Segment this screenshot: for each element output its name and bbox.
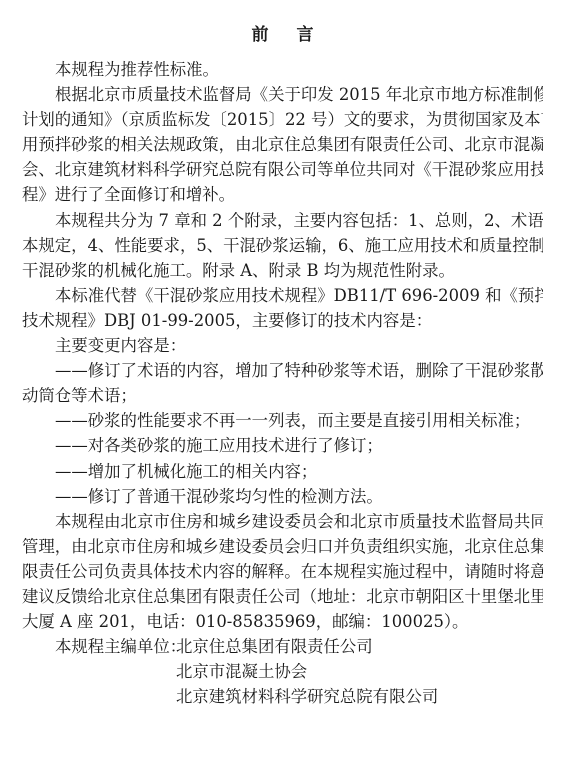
editor-unit: 北京市混凝土协会 (176, 659, 438, 684)
text-line: ——砂浆的性能要求不再一一列表，而主要是直接引用相关标准； (22, 408, 543, 433)
text-line: 大厦 A 座 201，电话：010-85835969，邮编：100025）。 (22, 609, 543, 634)
paragraph-recommended-standard: 本规程为推荐性标准。 (22, 57, 543, 82)
text-line: 主要变更内容是： (22, 333, 543, 358)
text-line: 本规程由北京市住房和城乡建设委员会和北京市质量技术监督局共同负责 (22, 509, 543, 534)
editor-unit: 北京住总集团有限责任公司 (176, 634, 438, 659)
text-line: 技术规程》DBJ 01-99-2005，主要修订的技术内容是： (22, 308, 543, 333)
text-line: ——修订了术语的内容，增加了特种砂浆等术语，删除了干混砂浆散装移 (22, 358, 543, 383)
title-char-2: 言 (297, 25, 314, 45)
document-body: 本规程为推荐性标准。 根据北京市质量技术监督局《关于印发 2015 年北京市地方… (22, 57, 543, 709)
change-item-performance: ——砂浆的性能要求不再一一列表，而主要是直接引用相关标准； (22, 408, 543, 433)
text-line: 建议反馈给北京住总集团有限责任公司（地址：北京市朝阳区十里堡北里恒泰 (22, 584, 543, 609)
text-line: 用预拌砂浆的相关法规政策，由北京住总集团有限责任公司、北京市混凝土协 (22, 132, 543, 157)
text-line: 本规程共分为 7 章和 2 个附录，主要内容包括：1、总则，2、术语，3、基 (22, 208, 543, 233)
title-char-1: 前 (252, 25, 269, 45)
chief-editors-list: 北京住总集团有限责任公司 北京市混凝土协会 北京建筑材料科学研究总院有限公司 (176, 634, 438, 709)
change-item-testing: ——修订了普通干混砂浆均匀性的检测方法。 (22, 484, 543, 509)
change-item-terms: ——修订了术语的内容，增加了特种砂浆等术语，删除了干混砂浆散装移 动筒仓等术语； (22, 358, 543, 408)
text-line: 计划的通知》（京质监标发〔2015〕22 号）文的要求，为贯彻国家及本市推广使 (22, 107, 543, 132)
text-line: ——对各类砂浆的施工应用技术进行了修订； (22, 433, 543, 458)
chief-editors: 本规程主编单位： 北京住总集团有限责任公司 北京市混凝土协会 北京建筑材料科学研… (22, 634, 543, 709)
paragraph-contents-overview: 本规程共分为 7 章和 2 个附录，主要内容包括：1、总则，2、术语，3、基 本… (22, 208, 543, 283)
paragraph-main-changes-heading: 主要变更内容是： (22, 333, 543, 358)
text-line: 程》进行了全面修订和增补。 (22, 182, 543, 207)
paragraph-replaces-standards: 本标准代替《干混砂浆应用技术规程》DB11/T 696-2009 和《预拌砂浆应… (22, 283, 543, 333)
text-line: 干混砂浆的机械化施工。附录 A、附录 B 均为规范性附录。 (22, 258, 543, 283)
text-line: 根据北京市质量技术监督局《关于印发 2015 年北京市地方标准制修订项目 (22, 82, 543, 107)
text-line: 会、北京建筑材料科学研究总院有限公司等单位共同对《干混砂浆应用技术规 (22, 157, 543, 182)
text-line: 管理，由北京市住房和城乡建设委员会归口并负责组织实施，北京住总集团有 (22, 534, 543, 559)
text-line: 本规程为推荐性标准。 (22, 57, 543, 82)
text-line: 本标准代替《干混砂浆应用技术规程》DB11/T 696-2009 和《预拌砂浆应… (22, 283, 543, 308)
text-line: ——增加了机械化施工的相关内容； (22, 459, 543, 484)
change-item-construction: ——对各类砂浆的施工应用技术进行了修订； (22, 433, 543, 458)
chief-editors-label: 本规程主编单位： (22, 634, 176, 709)
text-line: 限责任公司负责具体技术内容的解释。在本规程实施过程中，请随时将意见和 (22, 559, 543, 584)
text-line: 本规定，4、性能要求，5、干混砂浆运输，6、施工应用技术和质量控制，7、 (22, 233, 543, 258)
text-line: 动筒仓等术语； (22, 383, 543, 408)
editor-unit: 北京建筑材料科学研究总院有限公司 (176, 684, 438, 709)
change-item-mechanization: ——增加了机械化施工的相关内容； (22, 459, 543, 484)
paragraph-background: 根据北京市质量技术监督局《关于印发 2015 年北京市地方标准制修订项目 计划的… (22, 82, 543, 207)
text-line: ——修订了普通干混砂浆均匀性的检测方法。 (22, 484, 543, 509)
page-title: 前言 (22, 24, 543, 46)
paragraph-administration: 本规程由北京市住房和城乡建设委员会和北京市质量技术监督局共同负责 管理，由北京市… (22, 509, 543, 634)
